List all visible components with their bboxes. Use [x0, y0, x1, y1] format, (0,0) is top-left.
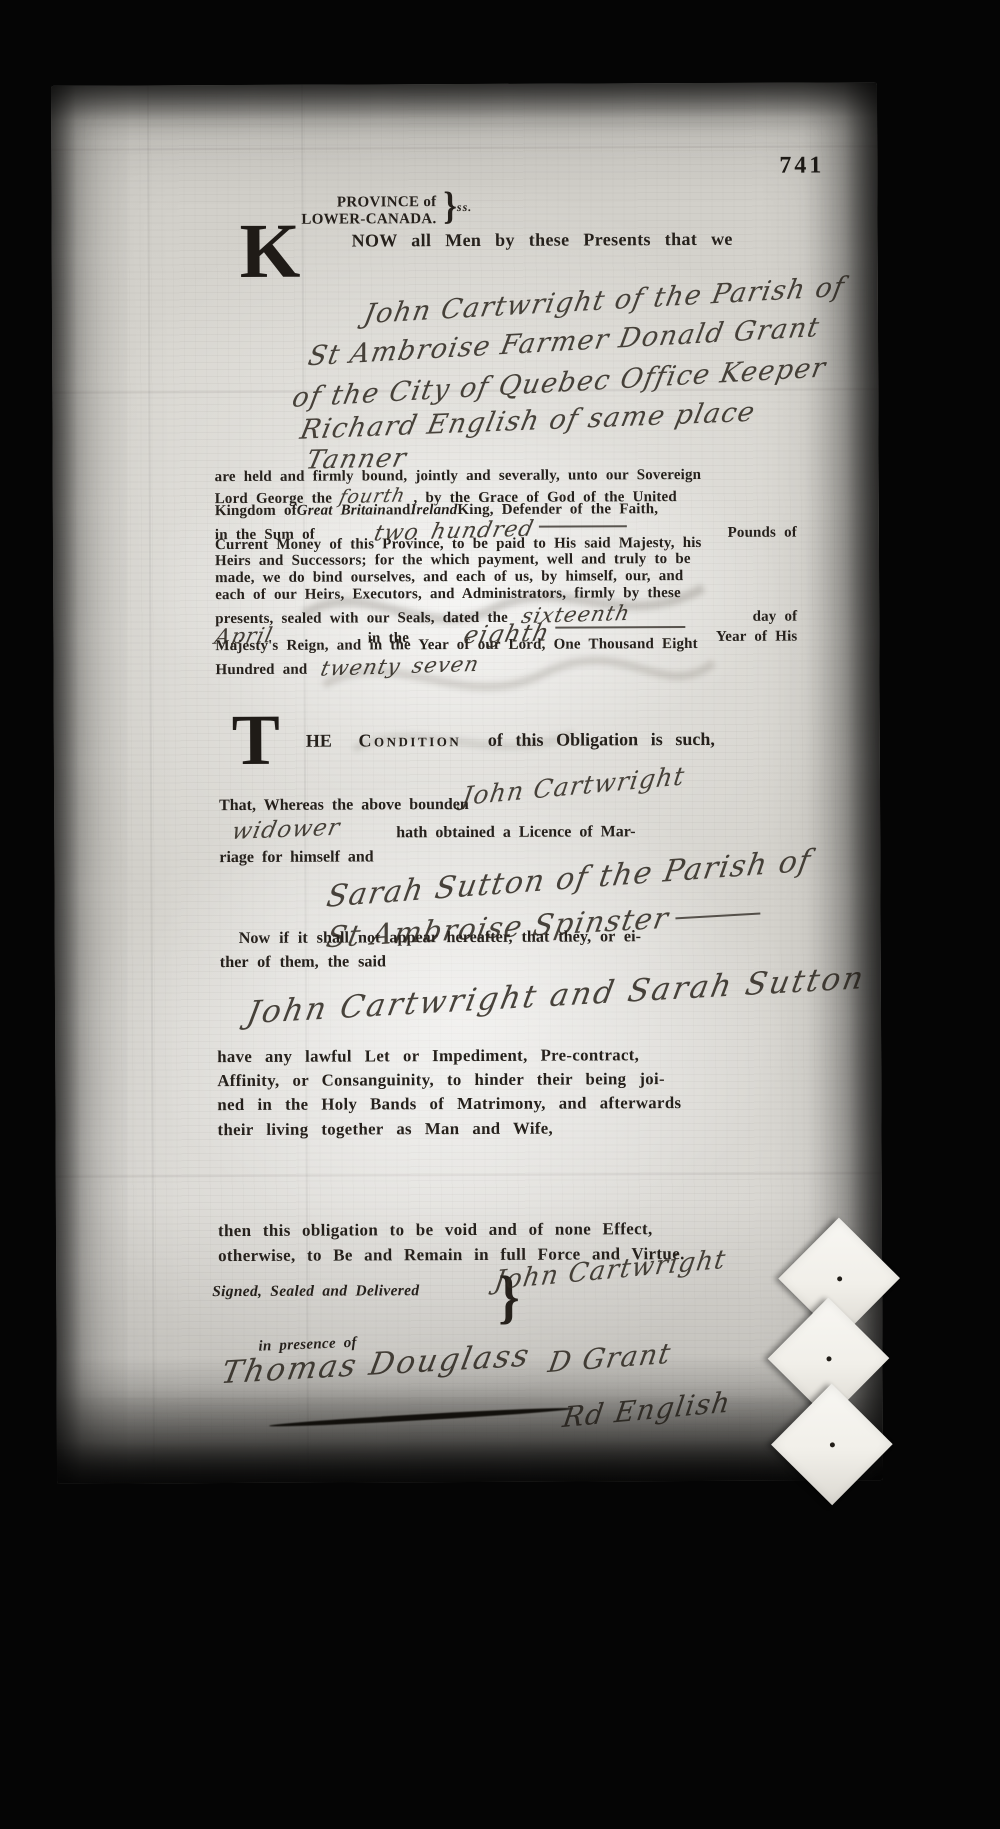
scanned-document-sheet: 741 PROVINCE of LOWER-CANADA. }ss. K NOW… — [51, 82, 883, 1484]
impediment-paragraph: have any lawful Let or Impediment, Pre-c… — [217, 1045, 807, 1144]
page-number: 741 — [779, 152, 824, 179]
vertical-crease — [301, 85, 309, 1483]
brace-glyph: } — [443, 190, 457, 225]
bond-text: Pounds of — [728, 524, 797, 541]
province-line-1: PROVINCE of — [201, 194, 436, 212]
bond-text: day of — [753, 609, 798, 626]
impediment-line: their living together as Man and Wife, — [217, 1117, 807, 1144]
impediment-line: have any lawful Let or Impediment, Pre-c… — [217, 1045, 807, 1072]
bond-text: Kingdom of — [215, 503, 297, 520]
void-line: then this obligation to be void and of n… — [218, 1219, 808, 1247]
province-heading: PROVINCE of LOWER-CANADA. — [201, 194, 436, 229]
handwritten-regnal-year: eighth — [461, 619, 553, 650]
ss-brace: }ss. — [443, 192, 472, 222]
bond-line: Hundred and twenty seven — [215, 652, 797, 671]
seal-pin-dot — [830, 1442, 835, 1447]
seal-pin-dot — [837, 1276, 842, 1281]
bond-text-italic: Ireland — [410, 502, 457, 519]
opening-heading: NOW all Men by these Presents that we — [352, 229, 733, 252]
licence-clause-a: hath obtained a Licence of Mar- — [396, 823, 635, 842]
horizontal-crease — [56, 1172, 882, 1178]
blank-rule — [539, 525, 627, 527]
licence-clause-b: riage for himself and — [219, 848, 373, 867]
now-if-clause-a: Now if it shall not appear hereafter, th… — [239, 927, 641, 948]
handwritten-status: widower — [232, 815, 341, 845]
province-line-2: LOWER-CANADA. — [202, 211, 437, 229]
signature-english: Rd English — [562, 1386, 733, 1434]
bond-paragraph: are held and firmly bound, jointly and s… — [215, 467, 798, 672]
condition-heading-word: Condition — [358, 730, 461, 750]
handwritten-sum: two hundred — [372, 516, 537, 546]
dropcap-k: K — [240, 218, 301, 285]
handwritten-month: April — [213, 623, 276, 649]
condition-heading-he: HE — [306, 731, 332, 751]
bond-text: Year of His — [716, 629, 798, 646]
signed-sealed-label: Signed, Sealed and Delivered — [212, 1282, 419, 1301]
seal-pin-dot — [827, 1356, 832, 1361]
vertical-crease — [147, 85, 155, 1483]
condition-heading-rest: of this Obligation is such, — [488, 729, 715, 750]
dropcap-t: T — [232, 710, 280, 771]
bond-text: King, Defender of the Faith, — [457, 501, 658, 519]
signature-grant: D Grant — [547, 1337, 672, 1379]
blank-rule — [555, 627, 685, 630]
signature-flourish — [269, 1406, 574, 1429]
impediment-line: ned in the Holy Bands of Matrimony, and … — [217, 1093, 807, 1120]
handwritten-groom-name: John Cartwright — [461, 761, 686, 810]
whereas-clause: That, Whereas the above bounden — [219, 796, 469, 815]
impediment-line: Affinity, or Consanguinity, to hinder th… — [217, 1069, 807, 1096]
ss-abbreviation: ss. — [457, 200, 472, 214]
handwritten-year: twenty seven — [318, 652, 481, 681]
handwritten-regnal-name: fourth — [337, 484, 408, 508]
horizontal-crease — [51, 145, 877, 151]
bond-text: Hundred and — [215, 661, 307, 678]
now-if-clause-b: ther of them, the said — [220, 952, 386, 972]
condition-heading: HE Condition of this Obligation is such, — [306, 729, 715, 752]
